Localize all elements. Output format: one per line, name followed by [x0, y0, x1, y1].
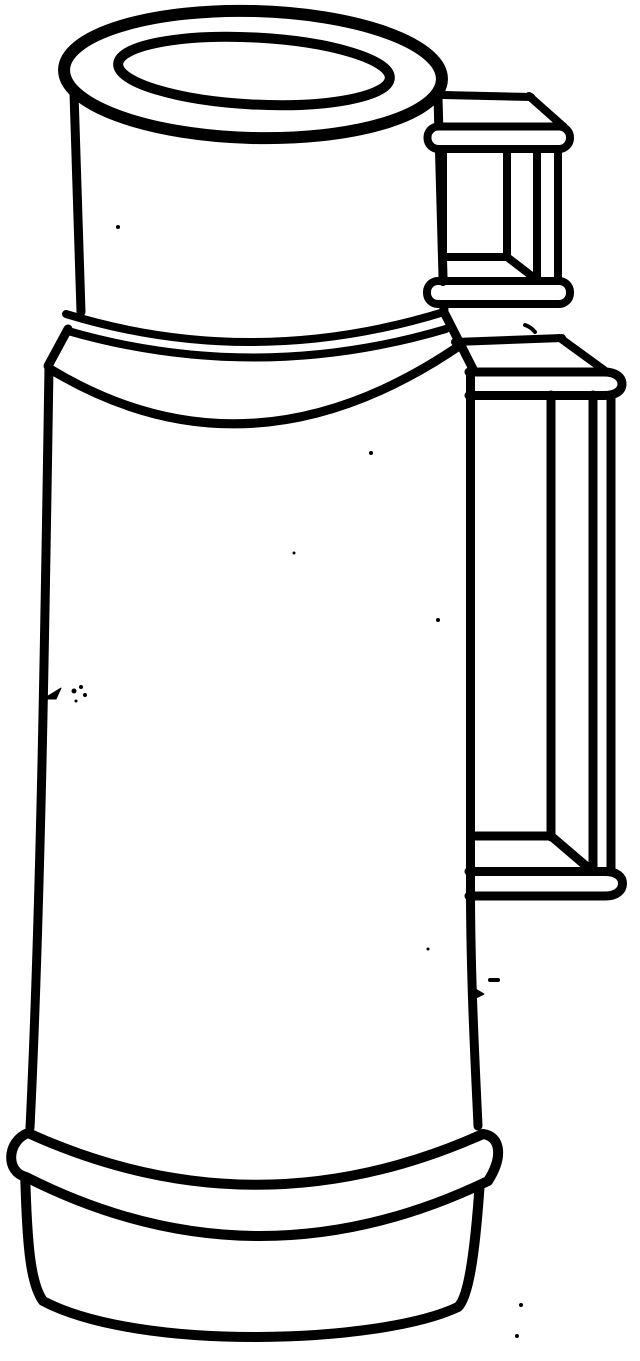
- thermos-line-drawing: [0, 0, 640, 1361]
- neck-collar-left-flare: [48, 329, 68, 366]
- ink-speck-tick: [525, 325, 535, 332]
- neck-collar-top-arc: [66, 312, 444, 342]
- thermos-drawing-canvas: [0, 0, 640, 1361]
- side-handle-top-face-top: [455, 338, 562, 342]
- side-handle-top-bar: [469, 372, 622, 396]
- cup-handle-bottom-bar: [427, 281, 570, 304]
- ink-speck-dot-a: [72, 689, 77, 694]
- ink-speck-dot-b: [79, 685, 83, 689]
- side-handle-top-face-diag: [560, 338, 604, 370]
- cup-inner-rim: [116, 30, 391, 111]
- body-left-edge: [30, 367, 49, 1128]
- ink-speck-dot-c: [83, 693, 87, 697]
- ink-speck-dot-h: [293, 552, 296, 555]
- ink-speck-dot-e: [427, 948, 430, 951]
- body-right-edge: [471, 371, 479, 1126]
- cup-left-wall: [74, 93, 81, 312]
- ink-speck-dot-d: [75, 700, 78, 703]
- cup-handle-top-face-diag: [529, 96, 564, 127]
- side-handle-bottom-bar: [469, 872, 623, 897]
- cup-handle-inner-diag: [507, 257, 537, 280]
- ink-speck-dot-f: [369, 451, 373, 455]
- cup-handle-top-bar: [428, 127, 571, 150]
- cup-handle-top-face-top: [443, 95, 531, 97]
- ink-speck-arrowhead: [474, 988, 484, 999]
- ink-speck-dot-j: [519, 1303, 523, 1307]
- foot-band: [11, 1133, 498, 1236]
- side-handle-inner-diag: [551, 836, 592, 871]
- ink-speck-dot-i: [116, 225, 120, 229]
- ink-speck-dot-g: [436, 618, 440, 622]
- ink-speck-dot-k: [515, 1334, 519, 1338]
